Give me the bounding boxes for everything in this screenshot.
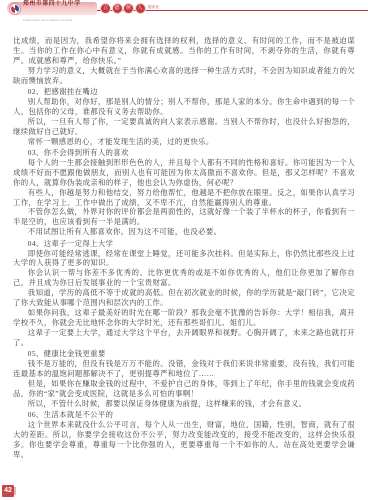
badge-suffix-label: 德育处 [148, 5, 159, 10]
paragraph: 如果你问我，这辈子最美好的时光在哪一阶段？那我会毫不犹豫的告诉你：大学！相信我，… [13, 308, 355, 328]
paragraph: 钱不是万能的，但没有钱是万万不能的。没错，金钱对于我们来说非常重要，没有钱，我们… [13, 359, 355, 379]
paragraph: 比成绩，而是因为，我希望你将来会拥有选择的权利，选择的意义、有时间的工作，而不是… [13, 36, 355, 66]
school-header-ribbon: 郑州市第四十九中学 ZHENGZHOU NO.49 MIDDLE SCHOOL [7, 2, 97, 15]
paragraph: 有些人，你越是努力和他结交，努力给他帮忙，他越是不把你放在眼里。反之，如果你认真… [13, 188, 355, 208]
paragraph: 所以，一旦有人帮了你，一定要真诚的向人家表示感谢。当别人不帮你时，也没什么好抱怨… [13, 117, 355, 137]
paragraph: 这辈子一定要上大学，通过大学这个平台，去开阔眼界和视野。心胸开阔了，未来之路也就… [13, 328, 355, 348]
body-text: 比成绩，而是因为，我希望你将来会拥有选择的权利，选择的意义、有时间的工作，而不是… [13, 36, 355, 460]
paragraph: 所以，不管什么时候，都要以保证身体健康为前提，这样赚来的钱，才会有意义。 [13, 399, 355, 409]
medallion-badge-icon: 人 [136, 4, 145, 13]
header-badge-row: 立 德 树 人 [101, 4, 145, 13]
paragraph: 这个世界本来就没什么公平可言，每个人从一出生，财富，地位，国籍，性别，智商，就有… [13, 420, 355, 460]
document-page: 郑州市第四十九中学 ZHENGZHOU NO.49 MIDDLE SCHOOL … [0, 0, 368, 500]
paragraph: 即使你可能经常逃课，经常在课堂上睡觉，还可能多次挂科。但是实际上，你仍然比那些没… [13, 249, 355, 269]
paragraph: 不管你怎么做，外界对你的评价都会是两面性的，这就好像一个装了半杯水的杯子，你看到… [13, 207, 355, 227]
school-name-block: 郑州市第四十九中学 ZHENGZHOU NO.49 MIDDLE SCHOOL [23, 0, 81, 25]
medallion-badge-icon: 立 [101, 4, 110, 13]
paragraph: 不用试图让所有人都喜欢你。因为这不可能，也没必要。 [13, 227, 355, 237]
section-heading: 02、把感谢挂在嘴边 [13, 87, 355, 97]
school-logo-icon [9, 3, 21, 15]
school-name-english: ZHENGZHOU NO.49 MIDDLE SCHOOL [23, 19, 73, 22]
paragraph: 我知道，学历的高低不等于成就的高低。但在初次就业的时候，你的学历就是“敲门砖”，… [13, 288, 355, 308]
school-name: 郑州市第四十九中学 [23, 1, 81, 7]
section-heading: 03、你不会得到所有人的喜欢 [13, 148, 355, 158]
paragraph: 努力学习的意义，大概就在于当你满心欢喜的选择一种生活方式时，不会因为知识或者能力… [13, 66, 355, 86]
page-number-badge: 42 [2, 485, 14, 497]
paragraph: 每个人的一生都会接触到形形色色的人，并且每个人都有不同的性格和喜好。你可能因为一… [13, 158, 355, 188]
paragraph: 常怀一颗感恩的心，才能发现生活的美，过的更快乐。 [13, 137, 355, 147]
section-heading: 04、这辈子一定得上大学 [13, 239, 355, 249]
medallion-badge-icon: 德 [113, 4, 122, 13]
paragraph: 你会认识一帮与你差不多优秀的、比你更优秀的或是不如你优秀的人，他们让你更加了解你… [13, 268, 355, 288]
section-heading: 05、健康比金钱更重要 [13, 349, 355, 359]
paragraph: 别人帮助你，对你好，那是别人的情分；别人不帮你，那是人家的本分。你生命中遇到的每… [13, 97, 355, 117]
medallion-badge-icon: 树 [124, 4, 133, 13]
paragraph: 但是，如果你在赚取金钱的过程中，不爱护自己的身体，等到上了年纪，你手里的钱就会变… [13, 379, 355, 399]
section-heading: 06、生活本就是不公平的 [13, 410, 355, 420]
